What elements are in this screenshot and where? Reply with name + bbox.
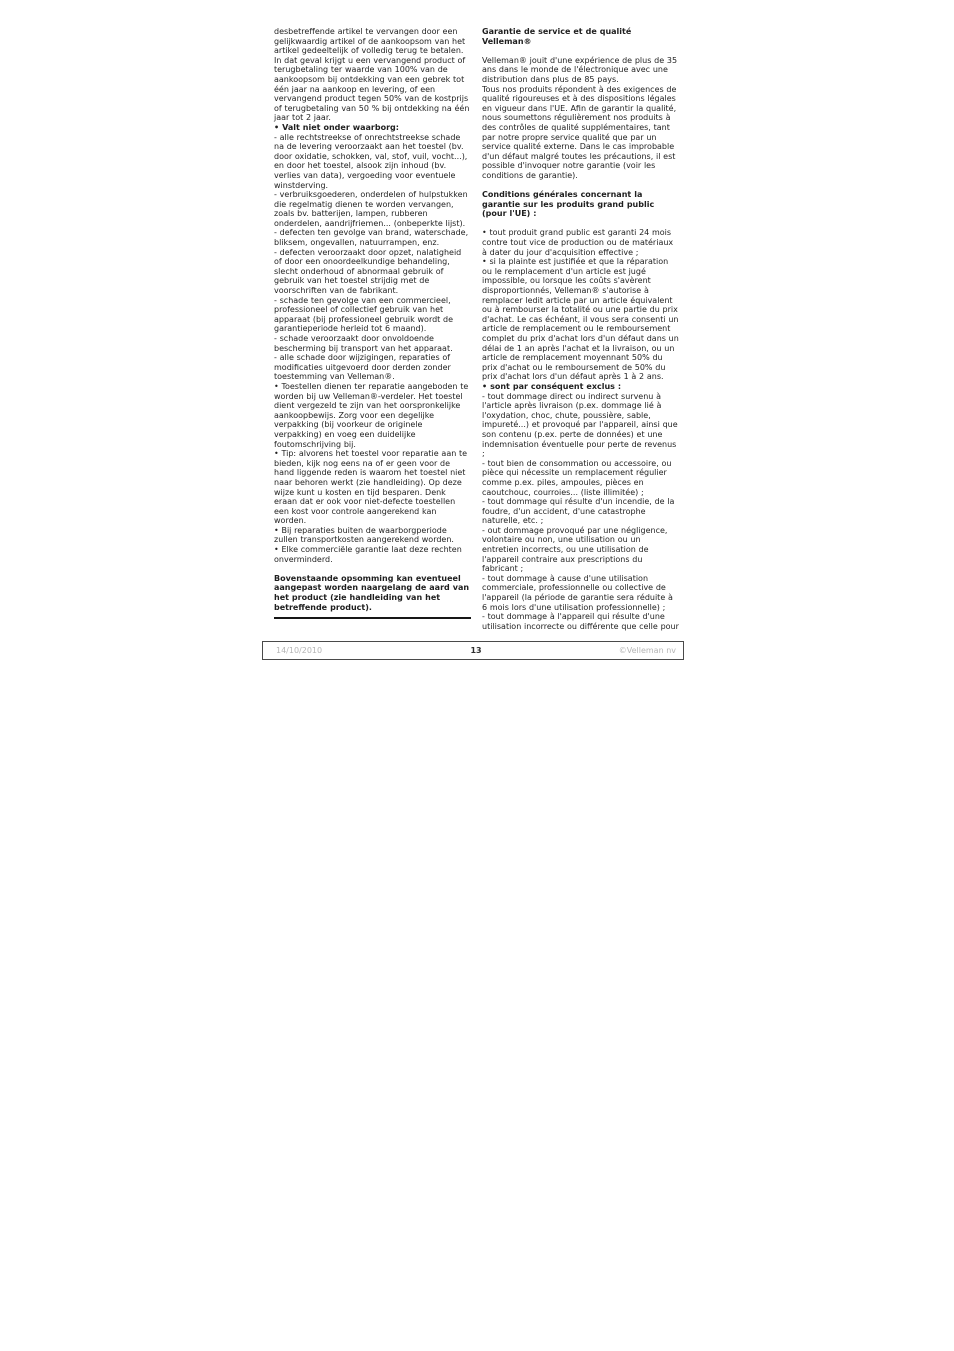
body-paragraph: - tout dommage direct ou indirect surven… [482,392,679,459]
body-paragraph: • Toestellen dienen ter reparatie aangeb… [274,382,471,449]
body-paragraph: - tout dommage à l'appareil qui résulte … [482,612,679,631]
body-paragraph: - alle schade door wijzigingen, reparati… [274,353,471,382]
body-paragraph: - out dommage provoqué par une négligenc… [482,526,679,574]
body-paragraph: Velleman® jouit d'une expérience de plus… [482,56,679,85]
body-paragraph: - defecten veroorzaakt door opzet, nalat… [274,248,471,296]
footer-copyright: ©Velleman nv [482,647,683,655]
body-paragraph: - schade veroorzaakt door onvoldoende be… [274,334,471,353]
heading-paragraph: • sont par conséquent exclus : [482,382,679,392]
content-columns: desbetreffende artikel te vervangen door… [274,27,679,631]
heading-paragraph: • Valt niet onder waarborg: [274,123,471,133]
body-paragraph: • Elke commerciële garantie laat deze re… [274,545,471,564]
footer-page-number: 13 [470,647,481,655]
body-paragraph: • Tip: alvorens het toestel voor reparat… [274,449,471,526]
body-paragraph: desbetreffende artikel te vervangen door… [274,27,471,123]
heading-paragraph: Bovenstaande opsomming kan eventueel aan… [274,574,471,612]
body-paragraph: • tout produit grand public est garanti … [482,228,679,257]
left-column-rule [274,617,471,619]
right-column: Garantie de service et de qualité Vellem… [482,27,679,631]
body-paragraph: • si la plainte est justifiée et que la … [482,257,679,382]
body-paragraph: - defecten ten gevolge van brand, waters… [274,228,471,247]
body-paragraph: - tout dommage à cause d'une utilisation… [482,574,679,612]
body-paragraph: - tout bien de consommation ou accessoir… [482,459,679,497]
body-paragraph: • Bij reparaties buiten de waarborgperio… [274,526,471,545]
left-column: desbetreffende artikel te vervangen door… [274,27,471,631]
body-paragraph: - tout dommage qui résulte d'un incendie… [482,497,679,526]
body-paragraph: - schade ten gevolge van een commercieel… [274,296,471,334]
right-column-text: Garantie de service et de qualité Vellem… [482,27,679,631]
document-page: { "left_column": { "blocks": [ {"bold": … [0,0,954,1351]
footer-bar: 14/10/2010 13 ©Velleman nv [262,641,684,660]
heading-paragraph: Conditions générales concernant la garan… [482,190,679,219]
body-paragraph: - verbruiksgoederen, onderdelen of hulps… [274,190,471,228]
heading-paragraph: Garantie de service et de qualité Vellem… [482,27,679,46]
footer-date: 14/10/2010 [263,647,470,655]
body-paragraph: Tous nos produits répondent à des exigen… [482,85,679,181]
body-paragraph: - alle rechtstreekse of onrechtstreekse … [274,133,471,191]
left-column-text: desbetreffende artikel te vervangen door… [274,27,471,612]
